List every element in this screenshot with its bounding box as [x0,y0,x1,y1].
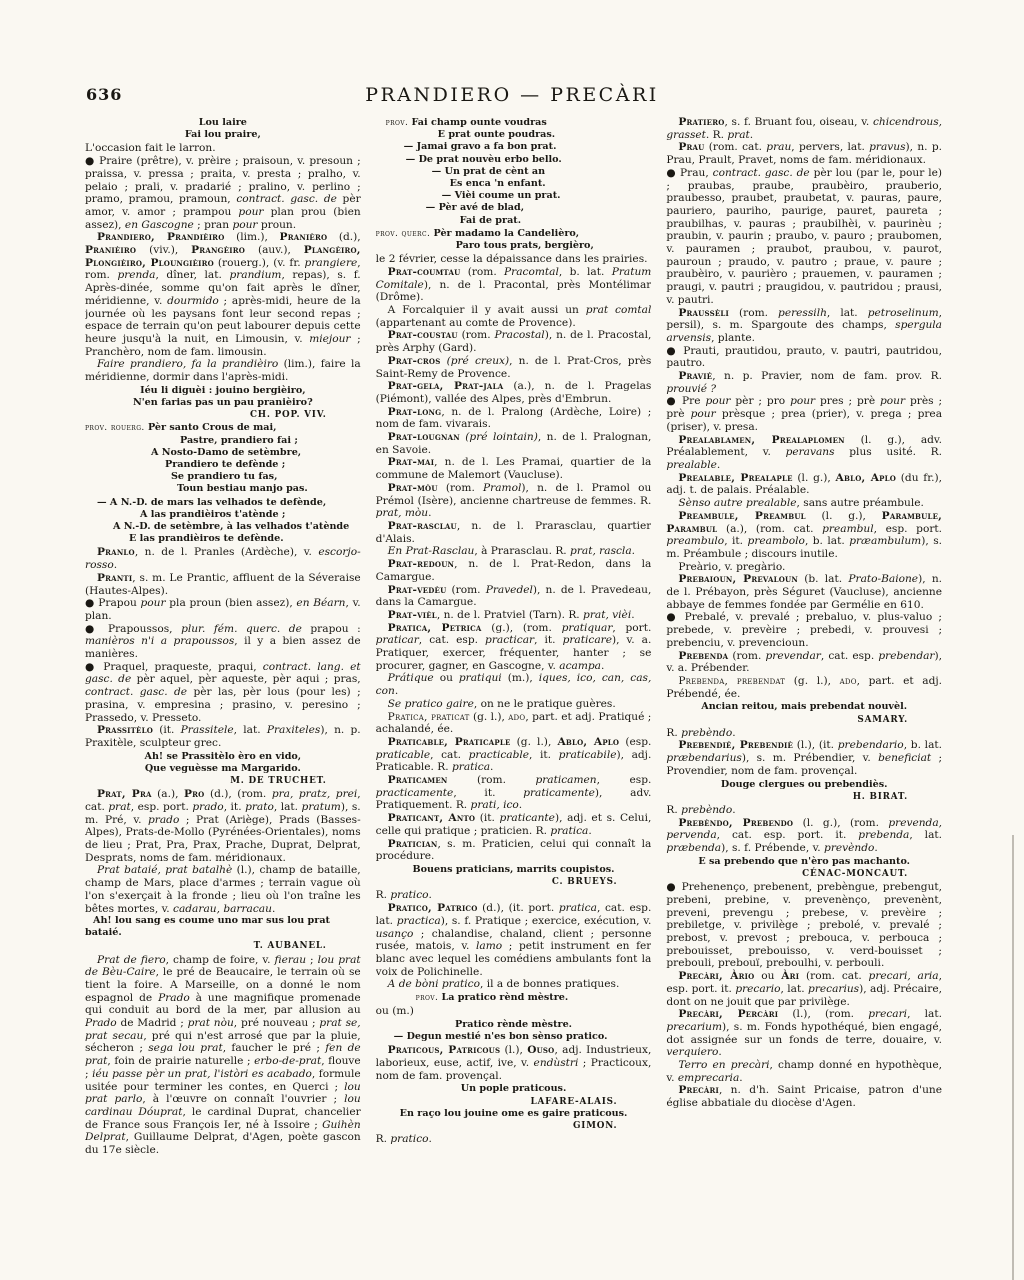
text-run: lamo [476,940,502,952]
paragraph: Ah! lou sang es coume uno mar sus lou pr… [85,915,361,939]
text-run: ), s. f. Pratique ; exercice, exécution,… [441,915,652,927]
paragraph: Preàrio, v. pregàrio. [666,561,942,574]
text-run: Precàri, Percàri [678,1008,778,1020]
text-run: , it. [529,749,559,761]
text-run: Prado [85,1017,117,1029]
text-run: La pratico rènd mèstre. [442,992,569,1003]
attribution: T. AUBANEL. [85,940,361,952]
text-run: . [428,507,431,519]
text-run: . [588,825,591,837]
verse-line: Paro tous prats, bergièro, [376,240,652,252]
text-run: ; pran [194,219,233,231]
text-run: , pré nouveau ; [234,1017,320,1029]
text-run: GIMON. [573,1121,617,1131]
verse-line: Fai de prat. [376,215,652,227]
text-run: Fai champ ounte voudras [412,117,547,128]
verse-line: — Pèr avé de blad, [376,202,652,214]
text-run: prouvié ? [666,383,716,395]
text-run: . [429,1133,432,1145]
text-run: Prátique [388,672,434,684]
text-run: en Béarn [296,597,345,609]
text-run: (rom. [447,774,535,786]
entry-pratico: Pratico, Patrico (d.), (it. port. pratic… [376,902,652,978]
text-run: prat, rascla [570,545,632,557]
text-run: , it. [453,787,523,799]
text-run: prati, ico [471,799,519,811]
text-run: prat comtal [586,304,652,316]
text-run: , à Prarasclau. R. [474,545,570,557]
text-run: Prat-mòu [388,482,438,494]
text-run: pratiqui [459,672,502,684]
entry-prealable: Prealable, Prealaple (l. g.), Ablo, Aplo… [666,472,942,497]
text-run: (rouerg.), (v. fr. [214,257,305,269]
text-run: plur. fém. querc. de [181,623,302,635]
text-run: A Nosto-Damo de setèmbre, [151,447,301,458]
running-title: PRANDIERO — PRECÀRI [0,84,1024,106]
text-run: prat [727,129,749,141]
text-run: prato [245,801,274,813]
verse-line: Toun bestiau manjo pas. [85,483,361,495]
text-run: ● Prebalé, v. prevalé ; prebaluo, v. plu… [666,611,942,648]
text-run: En Prat-Rasclau [388,545,475,557]
text-run: Pratica, Petrica [388,622,482,634]
entry-prassitelo: Prassitèlo (it. Prassitele, lat. Praxite… [85,724,361,749]
text-run: , cat. esp. [419,634,485,646]
text-run: C. BRUEYS. [552,877,617,887]
text-run: ● Prapoussos, [85,623,181,635]
verse-line: E prat ounte poudras. [376,129,652,141]
text-run: . [874,842,877,854]
text-run: CÉNAC-MONCAUT. [802,869,908,879]
text-run: . [272,903,275,915]
text-run: Faire prandiero, fa la prandièiro [97,358,278,370]
verse-line: A N.-D. de setèmbre, à las velhados t'at… [85,521,361,533]
text-run: usanço [376,928,414,940]
text-run: Prado [158,992,190,1004]
text-run: preambolo [748,535,805,547]
text-run: præbendarius [666,752,742,764]
text-run: le 2 février, cesse la dépaissance dans … [376,253,648,265]
text-run: Toun bestiau manjo pas. [177,483,308,494]
text-run: Pèr madamo la Candelièro, [433,228,579,239]
text-run: , b. lat. [559,266,612,278]
text-run: sega lou prat [148,1042,222,1054]
text-run: (l. g.), [806,510,882,522]
text-run: R. [666,804,681,816]
text-run: E sa prebendo que n'èro pas machanto. [698,856,910,867]
text-run: Praticamen [388,774,448,786]
text-run: Prat-vedèu [388,584,447,596]
text-run: , s. f. Bruant fou, oiseau, v. [725,116,873,128]
entry-prebendie: Prebendié, Prebendiè (l.), (it. prebenda… [666,739,942,777]
attribution: H. BIRAT. [666,791,942,803]
attribution: CÉNAC-MONCAUT. [666,868,942,880]
text-run: prat, vièi [583,609,631,621]
text-run: , esp. [597,774,652,786]
verse-line: Es enca 'n enfant. [376,178,652,190]
text-run: . [601,660,604,672]
text-run: Prat-mai [388,456,435,468]
verse-block: Iéu li diguèi : jouino bergièiro,N'en fa… [85,385,361,422]
paragraph: ● Prehenenço, prebenent, prebèngue, preb… [666,881,942,970]
text-run: prado [192,801,223,813]
text-run: prealable [666,459,717,471]
verse-line: Prandiero te defènde ; [85,459,361,471]
text-run: pla proun (bien assez), [166,597,297,609]
text-run: Ablo, Aplo [836,472,896,484]
text-run: praticamente [523,787,595,799]
text-run: , n. de l. Pranles (Ardèche), v. [135,546,319,558]
entry-prealablamen: Prealablamen, Prealaplomen (l. g.), adv.… [666,434,942,472]
entry-prausseli: Praussèli (rom. peressilh, lat. petrosel… [666,307,942,345]
column-3: Pratiero, s. f. Bruant fou, oiseau, v. c… [666,116,942,1157]
text-run: contract. gasc. de [713,167,810,179]
entry-prat-coumtau: Prat-coumtau (rom. Pracomtal, b. lat. Pr… [376,266,652,304]
text-run: M. DE TRUCHET. [230,776,326,786]
paragraph: Terro en precàri, champ donné en hypothè… [666,1059,942,1084]
paragraph: ● Pre pour pèr ; pro pour pres ; prè pou… [666,395,942,433]
text-run: precario [735,983,780,995]
text-run: . [739,1072,742,1084]
entry-precari-sm: Precàri, Percàri (l.), (rom. precari, la… [666,1008,942,1059]
verse-line: E las prandièiros te defènde. [85,533,361,545]
text-run: pour [232,219,257,231]
text-run: pratico [390,889,428,901]
text-run: — Vièi coume un prat. [442,190,561,201]
entry-prat-long: Prat-long, n. de l. Pralong (Ardèche, Lo… [376,406,652,431]
text-run: , b. lat. [805,535,849,547]
paragraph: ● Prau, contract. gasc. de pèr lou (par … [666,167,942,307]
verse-line: Iéu li diguèi : jouino bergièiro, [85,385,361,397]
paragraph: R. pratico. [376,1133,652,1146]
text-run: Pracostal [494,329,544,341]
text-run: . [632,545,635,557]
verse-line: Douge clergues ou prebendiès. [666,779,942,791]
text-run: (pré lointain) [465,431,538,443]
text-run: , lat. [907,1008,942,1020]
text-run: pratum [302,801,341,813]
paragraph: ● Prebalé, v. prevalé ; prebaluo, v. plu… [666,611,942,649]
verse-line: A las prandièiros t'atènde ; [85,509,361,521]
paragraph: Se pratico gaire, on ne le pratique guèr… [376,698,652,711]
paragraph: le 2 février, cesse la dépaissance dans … [376,253,652,266]
text-run: — Pèr avé de blad, [426,202,524,213]
text-run: praticante [500,812,555,824]
text-run: Prat-rasclau [388,520,457,532]
text-run: prenda [117,269,155,281]
text-run: Praussèli [678,307,729,319]
text-run: pour [691,408,716,420]
verse-block: Lou laireFai lou praire, [85,117,361,141]
verse-line: Lou laire [85,117,361,129]
text-run: manièros n'i a prapoussos [85,635,234,647]
text-run: (m.), [502,672,539,684]
text-run: Praticous, Patricous [388,1044,501,1056]
text-run: Precàri, Àrio [678,970,754,982]
attribution: LAFARE-ALAIS. [376,1096,652,1108]
text-run: (auv.), [245,244,304,256]
text-run: Pracomtal [504,266,559,278]
text-run: pratico [390,1133,428,1145]
verse-block: E sa prebendo que n'èro pas machanto.CÉN… [666,856,942,880]
text-run: , cat. esp. [821,650,879,662]
text-run: beneficiat [878,752,931,764]
text-run: , it. [724,535,747,547]
text-run: (d.), (it. port. [478,902,559,914]
paragraph: R. prebèndo. [666,804,942,817]
text-run: , lat. [909,829,942,841]
verse-line: — Un prat de cènt an [376,166,652,178]
text-run: cadarau, barracau [173,903,272,915]
text-run: (a.), [152,788,184,800]
attribution: M. DE TRUCHET. [85,775,361,787]
proverb-block: prov. rouerg. Pèr santo Crous de mai,Pas… [85,422,361,495]
text-run: , lat. [234,724,267,736]
text-run: Pèr santo Crous de mai, [148,422,277,433]
text-run: Ablo, Aplo [557,736,619,748]
text-run: Prangèiro [191,244,245,256]
text-run: miejour [309,333,350,345]
text-run: Iéu li diguèi : jouino bergièiro, [140,385,306,396]
verse-line: Pastre, prandiero fai ; [85,435,361,447]
text-run: peravans [786,446,835,458]
text-run: Prat bataié, prat batalhè [97,864,232,876]
text-run: Praxiteles [267,724,321,736]
text-run: (it. [475,812,499,824]
text-run: praticar [376,634,419,646]
text-run: , lat. [827,307,868,319]
text-run: prat, mòu [376,507,428,519]
paragraph: Sènso autre prealable, sans autre préamb… [666,497,942,510]
column-2: prov. Fai champ ounte voudrasE prat ount… [376,116,652,1157]
entry-precari-saint: Precàri, n. d'h. Saint Pricaise, patron … [666,1084,942,1109]
text-run: precarius [808,983,859,995]
text-run: (rom. [458,329,495,341]
text-run: Pratiero [678,116,724,128]
text-run: , foin de prairie naturelle ; [107,1055,254,1067]
text-run: Praticant, Anto [388,812,475,824]
paragraph: A Forcalquier il y avait aussi un prat c… [376,304,652,329]
entry-preambule: Preambule, Preambul (l. g.), Parambule, … [666,510,942,561]
entry-pratica: Pratica, Petrica (g.), (rom. pratiquar, … [376,622,652,673]
text-run: , à l'œuvre on connaît l'ouvrier ; [142,1093,344,1105]
text-run: Preàrio, v. pregàrio. [678,561,785,573]
text-run: , champ de foire, v. [166,954,275,966]
paragraph: ● Prapou pour pla proun (bien assez), en… [85,597,361,622]
text-run: pour [790,395,815,407]
text-run: ou (m.) [376,1005,414,1017]
text-run: (l. g.), (rom. [793,817,888,829]
text-run: ● Prehenenço, prebenent, prebèngue, preb… [666,881,942,969]
text-run: A de bòni pratico [388,978,480,990]
paragraph: A de bòni pratico, il a de bonnes pratiq… [376,978,652,991]
text-run: (l.), [500,1044,527,1056]
text-run: contract. gasc. de [236,193,337,205]
text-run: ), s. m. Prébendier, v. [742,752,878,764]
text-run: ado [508,711,525,723]
text-run: Àri [781,970,799,982]
text-run: Sènso autre prealable [678,497,796,509]
verse-line: Bouens praticians, marrits coupistos. [376,864,652,876]
text-run: Que veguèsse ma Margarido. [145,763,301,774]
entry-precari-adj: Precàri, Àrio ou Àri (rom. cat. precari,… [666,970,942,1008]
text-run: . [718,1046,721,1058]
text-run: (lim.), [225,231,280,243]
text-run: , n. p. Pravier, nom de fam. prov. R. [712,370,942,382]
text-run: Prebaioun, Prevaloun [678,573,798,585]
entry-prat-viel: Prat-vièl, n. de l. Pratviel (Tarn). R. … [376,609,652,622]
paragraph: Prat bataié, prat batalhè (l.), champ de… [85,864,361,915]
text-run: iéu passe pèr un prat, l'istòri es acaba… [92,1068,312,1080]
text-run: pour [705,395,730,407]
text-run: — Jamai gravo a fa bon prat. [404,141,557,152]
verse-block: T. AUBANEL. [85,940,361,952]
text-run: LAFARE-ALAIS. [530,1097,617,1107]
text-run: pratica [452,761,490,773]
text-run: R. [666,727,681,739]
text-run: E las prandièiros te defènde. [129,533,284,544]
entry-prandiero: Prandiero, Prandièiro (lim.), Pranièro (… [85,231,361,358]
text-run: , Guillaume Delprat, d'Agen, poète gasco… [85,1131,361,1156]
text-run: prevendar [765,650,820,662]
text-run: Fai lou praire, [185,129,261,140]
text-run: , cat. esp. port. it. [717,829,859,841]
paragraph: Prebenda, prebendat (g. l.), ado, part. … [666,675,942,700]
verse-block: Douge clergues ou prebendiès.H. BIRAT. [666,779,942,803]
entry-prebenda: Prebenda (rom. prevendar, cat. esp. preb… [666,650,942,675]
text-run: Prat-coumtau [388,266,461,278]
scan-edge-artifact [1012,835,1014,1280]
text-run: Pranièro [280,231,328,243]
text-run: preambulo [666,535,724,547]
text-run: prado [148,814,179,826]
text-run: CH. POP. VIV. [250,410,327,420]
text-run: prebenda [858,829,909,841]
text-run: dourmido [167,295,219,307]
text-run: ● Prau, [666,167,712,179]
entry-prat-gela: Prat-gela, Prat-jala (a.), n. de l. Prag… [376,380,652,405]
paragraph: Prátique ou pratiqui (m.), iques, ico, c… [376,672,652,697]
text-run: Pranlo [97,546,135,558]
text-run: Prebenda [678,650,728,662]
text-run: Ah! lou sang es coume uno mar sus lou pr… [85,915,330,938]
proverb-block: — A N.-D. de mars las velhados te defènd… [85,497,361,546]
text-run: Prealablamen, Prealaplomen [678,434,844,446]
text-columns: Lou laireFai lou praire,L'occasion fait … [85,116,942,1157]
text-run: ● Praquel, praqueste, praqui, [85,661,263,673]
text-run: prevèndo [824,842,874,854]
text-run: praticabile [559,749,617,761]
verse-line: prov. rouerg. Pèr santo Crous de mai, [85,422,361,434]
text-run: (a.), (rom. cat. [717,523,822,535]
text-run: contract. gasc. de [85,686,187,698]
text-run: (appartenant au comte de Provence). [376,317,576,329]
text-run: precari, aria [869,970,939,982]
text-run: (g. l.), [511,736,558,748]
text-run: praticamen [535,774,596,786]
text-run: petroselinum [868,307,939,319]
text-run: , on ne le pratique guères. [474,698,616,710]
text-run: . [395,685,398,697]
text-run: Fai de prat. [460,215,521,226]
paragraph: ● Praquel, praqueste, praqui, contract. … [85,661,361,725]
text-run: verquiero [666,1046,718,1058]
text-run: pèr aquel, pèr aqueste, pèr aqui ; pras, [131,673,360,685]
text-run: de Madrid ; [117,1017,188,1029]
text-run: fierau [275,954,307,966]
text-run: pres ; prè [815,395,880,407]
text-run: Prat de fiero [97,954,166,966]
text-run: prebèndo [681,727,732,739]
entry-prat-vedeu: Prat-vedèu (rom. Pravedel), n. de l. Pra… [376,584,652,609]
verse-line: Ancian reitou, mais prebendat nouvèl. [666,701,942,713]
text-run: prapou : [302,623,361,635]
text-run: (rom. [438,482,483,494]
text-run: (rom. [446,584,485,596]
text-run: . [114,559,117,571]
text-run: prandium [229,269,281,281]
text-run: Prat-vièl [388,609,437,621]
text-run: ), s. f. Prébende, v. [721,842,824,854]
text-run: ou [754,970,781,982]
entry-praticous: Praticous, Patricous (l.), Ouso, adj. In… [376,1044,652,1082]
text-run: . [519,799,522,811]
text-run: Prat-gela, Prat-jala [388,380,504,392]
text-run: . [732,727,735,739]
text-run: Prat-lougnan [388,431,460,443]
text-run: practicable [469,749,529,761]
attribution: GIMON. [376,1120,652,1132]
text-run: practica [397,915,441,927]
verse-line: Se prandiero tu fas, [85,471,361,483]
text-run: (g.), (rom. [482,622,562,634]
text-run: Prassitele [181,724,234,736]
text-run: (l.), (it. [793,739,838,751]
text-run: pra, pratz, prei [272,788,357,800]
text-run: ● Prauti, prautidou, prauto, v. pautri, … [666,345,942,370]
text-run: Terro en precàri [678,1059,769,1071]
text-run: , it. [534,634,562,646]
text-run: Pravedel [486,584,533,596]
text-run: Ancian reitou, mais prebendat nouvèl. [701,701,907,712]
text-run: E prat ounte poudras. [438,129,555,140]
attribution: SAMARY. [666,714,942,726]
text-run: Prato-Baione [848,573,918,585]
text-run: , n. de l. Pratviel (Tarn). R. [437,609,583,621]
paragraph: Prat de fiero, champ de foire, v. fierau… [85,954,361,1157]
entry-prat-coustau: Prat-coustau (rom. Pracostal), n. de l. … [376,329,652,354]
text-run: , sans autre préambule. [797,497,924,509]
verse-line: prov. Fai champ ounte voudras [376,117,652,129]
paragraph: R. prebèndo. [666,727,942,740]
attribution: C. BRUEYS. [376,876,652,888]
text-run: Pravié [678,370,712,382]
text-run: . [750,129,753,141]
text-run: Precàri [678,1084,719,1096]
text-run: precarium [666,1021,722,1033]
text-run: prau [766,141,791,153]
paragraph: En Prat-Rasclau, à Prarasclau. R. prat, … [376,545,652,558]
text-run: (l. g.), [793,472,836,484]
paragraph: R. pratico. [376,889,652,902]
entry-prat-redoun: Prat-redoun, n. de l. Prat-Redon, dans l… [376,558,652,583]
text-run: , esp. port. [874,523,942,535]
entry-pranti: Pranti, s. m. Le Prantic, affluent de la… [85,572,361,597]
text-run: proun. [257,219,296,231]
text-run: prov. querc. [376,229,434,239]
text-run: , dîner, lat. [155,269,229,281]
text-run: Un pople praticous. [461,1083,567,1094]
